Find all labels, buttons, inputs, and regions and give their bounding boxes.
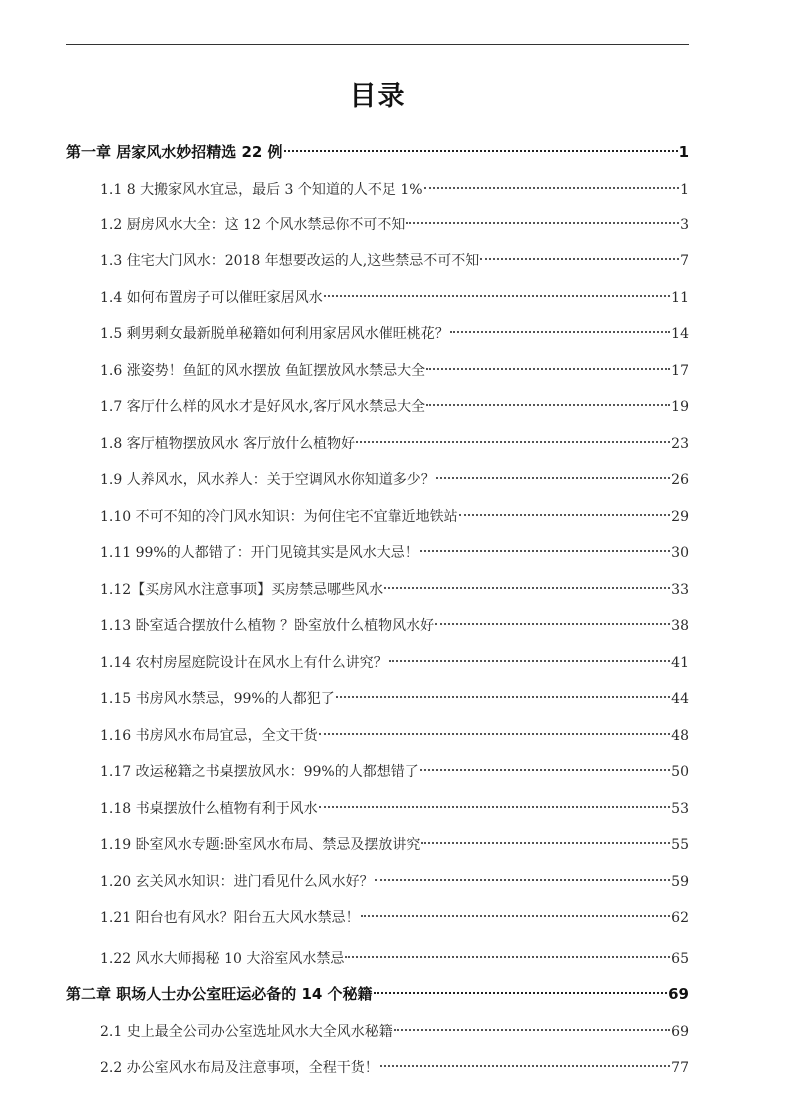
toc-entry-1-6[interactable]: 1.6 涨姿势！鱼缸的风水摆放 鱼缸摆放风水禁忌大全 17 bbox=[100, 353, 689, 375]
toc-entry-2-2[interactable]: 2.2 办公室风水布局及注意事项，全程干货！ 77 bbox=[100, 1050, 689, 1072]
dot-leader bbox=[324, 280, 670, 302]
toc-entry-chapter-2[interactable]: 第二章 职场人士办公室旺运必备的 14 个秘籍 69 bbox=[66, 977, 689, 999]
dot-leader bbox=[374, 977, 668, 999]
toc-entry-label: 1.19 卧室风水专题:卧室风水布局、禁忌及摆放讲究 bbox=[100, 834, 420, 856]
toc-entry-page: 62 bbox=[671, 907, 689, 929]
toc-entry-page: 7 bbox=[680, 250, 689, 272]
toc-entry-label: 1.20 玄关风水知识：进门看见什么风水好？ bbox=[100, 871, 374, 893]
dot-leader bbox=[380, 1050, 670, 1072]
dot-leader bbox=[420, 535, 670, 557]
toc-entry-1-4[interactable]: 1.4 如何布置房子可以催旺家居风水 11 bbox=[100, 280, 689, 302]
toc-entry-label: 1.12【买房风水注意事项】买房禁忌哪些风水 bbox=[100, 579, 383, 601]
toc-entry-1-11[interactable]: 1.11 99%的人都错了：开门见镜其实是风水大忌！ 30 bbox=[100, 535, 689, 557]
toc-entry-1-21[interactable]: 1.21 阳台也有风水？阳台五大风水禁忌！ 62 bbox=[100, 900, 689, 922]
toc-entry-page: 50 bbox=[671, 761, 689, 783]
toc-entry-1-8[interactable]: 1.8 客厅植物摆放风水 客厅放什么植物好 23 bbox=[100, 426, 689, 448]
toc-entry-label: 1.2 厨房风水大全：这 12 个风水禁忌你不可不知 bbox=[100, 214, 405, 236]
dot-leader bbox=[459, 499, 671, 521]
toc-entry-page: 19 bbox=[671, 396, 689, 418]
toc-entry-1-22[interactable]: 1.22 风水大师揭秘 10 大浴室风水禁忌 65 bbox=[100, 941, 689, 963]
toc-entry-label: 1.21 阳台也有风水？阳台五大风水禁忌！ bbox=[100, 907, 360, 929]
dot-leader bbox=[394, 1014, 670, 1036]
dot-leader bbox=[436, 462, 670, 484]
dot-leader bbox=[319, 718, 671, 740]
dot-leader bbox=[480, 243, 679, 265]
toc-entry-1-18[interactable]: 1.18 书桌摆放什么植物有利于风水 53 bbox=[100, 791, 689, 813]
toc-entry-1-7[interactable]: 1.7 客厅什么样的风水才是好风水,客厅风水禁忌大全 19 bbox=[100, 389, 689, 411]
toc-entry-page: 55 bbox=[671, 834, 689, 856]
toc-entry-1-2[interactable]: 1.2 厨房风水大全：这 12 个风水禁忌你不可不知 3 bbox=[100, 207, 689, 229]
toc-entry-1-17[interactable]: 1.17 改运秘籍之书桌摆放风水：99%的人都想错了 50 bbox=[100, 754, 689, 776]
toc-title: 目录 bbox=[0, 80, 755, 114]
toc-entry-1-15[interactable]: 1.15 书房风水禁忌，99%的人都犯了 44 bbox=[100, 681, 689, 703]
dot-leader bbox=[426, 353, 670, 375]
toc-entry-page: 1 bbox=[679, 141, 689, 163]
dot-leader bbox=[356, 426, 670, 448]
toc-entry-label: 第一章 居家风水妙招精选 22 例 bbox=[66, 141, 283, 163]
toc-entry-label: 1.17 改运秘籍之书桌摆放风水：99%的人都想错了 bbox=[100, 761, 419, 783]
toc-entry-label: 1.3 住宅大门风水：2018 年想要改运的人,这些禁忌不可不知 bbox=[100, 250, 479, 272]
toc-entry-1-10[interactable]: 1.10 不可不知的冷门风水知识：为何住宅不宜靠近地铁站 29 bbox=[100, 499, 689, 521]
dot-leader bbox=[345, 941, 670, 963]
toc-entry-page: 41 bbox=[671, 652, 689, 674]
toc-entry-label: 1.1 8 大搬家风水宜忌，最后 3 个知道的人不足 1% bbox=[100, 179, 423, 201]
toc-entry-page: 3 bbox=[680, 214, 689, 236]
toc-entry-page: 30 bbox=[671, 542, 689, 564]
dot-leader bbox=[389, 645, 671, 667]
document-page: 目录 第一章 居家风水妙招精选 22 例 1 1.1 8 大搬家风水宜忌，最后 … bbox=[0, 0, 799, 1105]
toc-entry-label: 1.9 人养风水，风水养人：关于空调风水你知道多少？ bbox=[100, 469, 435, 491]
toc-entry-1-1[interactable]: 1.1 8 大搬家风水宜忌，最后 3 个知道的人不足 1% 1 bbox=[100, 172, 689, 194]
toc-entry-1-13[interactable]: 1.13 卧室适合摆放什么植物 ？卧室放什么植物风水好 38 bbox=[100, 608, 689, 630]
toc-entry-label: 1.8 客厅植物摆放风水 客厅放什么植物好 bbox=[100, 433, 355, 455]
dot-leader bbox=[284, 135, 678, 157]
toc-entry-1-5[interactable]: 1.5 剩男剩女最新脱单秘籍如何利用家居风水催旺桃花？ 14 bbox=[100, 316, 689, 338]
toc-entry-label: 1.5 剩男剩女最新脱单秘籍如何利用家居风水催旺桃花？ bbox=[100, 323, 449, 345]
toc-entry-label: 2.1 史上最全公司办公室选址风水大全风水秘籍 bbox=[100, 1021, 393, 1043]
toc-entry-label: 1.6 涨姿势！鱼缸的风水摆放 鱼缸摆放风水禁忌大全 bbox=[100, 360, 425, 382]
toc-entry-label: 1.10 不可不知的冷门风水知识：为何住宅不宜靠近地铁站 bbox=[100, 506, 458, 528]
toc-entry-page: 23 bbox=[671, 433, 689, 455]
toc-entry-page: 26 bbox=[671, 469, 689, 491]
toc-entry-page: 59 bbox=[671, 871, 689, 893]
toc-entry-1-16[interactable]: 1.16 书房风水布局宜忌，全文干货 48 bbox=[100, 718, 689, 740]
toc-entry-page: 38 bbox=[671, 615, 689, 637]
toc-entry-page: 69 bbox=[671, 1021, 689, 1043]
dot-leader bbox=[421, 827, 670, 849]
dot-leader bbox=[319, 791, 671, 813]
toc-entry-1-12[interactable]: 1.12【买房风水注意事项】买房禁忌哪些风水 33 bbox=[100, 572, 689, 594]
toc-entry-page: 14 bbox=[671, 323, 689, 345]
toc-entry-label: 2.2 办公室风水布局及注意事项，全程干货！ bbox=[100, 1057, 379, 1079]
toc-entry-label: 1.16 书房风水布局宜忌，全文干货 bbox=[100, 725, 318, 747]
dot-leader bbox=[426, 389, 670, 411]
dot-leader bbox=[420, 754, 670, 776]
dot-leader bbox=[435, 608, 670, 630]
toc-entry-page: 1 bbox=[680, 179, 689, 201]
toc-entry-page: 11 bbox=[671, 287, 689, 309]
toc-entry-1-20[interactable]: 1.20 玄关风水知识：进门看见什么风水好？ 59 bbox=[100, 864, 689, 886]
toc-entry-2-1[interactable]: 2.1 史上最全公司办公室选址风水大全风水秘籍 69 bbox=[100, 1014, 689, 1036]
toc-entry-page: 33 bbox=[671, 579, 689, 601]
header-rule bbox=[66, 44, 689, 45]
toc-entry-page: 65 bbox=[671, 948, 689, 970]
toc-entry-page: 53 bbox=[671, 798, 689, 820]
toc-entry-1-14[interactable]: 1.14 农村房屋庭院设计在风水上有什么讲究？ 41 bbox=[100, 645, 689, 667]
toc-entry-label: 1.7 客厅什么样的风水才是好风水,客厅风水禁忌大全 bbox=[100, 396, 425, 418]
dot-leader bbox=[361, 900, 671, 922]
toc-entry-chapter-1[interactable]: 第一章 居家风水妙招精选 22 例 1 bbox=[66, 135, 689, 157]
toc-entry-page: 48 bbox=[671, 725, 689, 747]
dot-leader bbox=[424, 172, 680, 194]
toc-entry-label: 1.4 如何布置房子可以催旺家居风水 bbox=[100, 287, 323, 309]
toc-entry-page: 17 bbox=[671, 360, 689, 382]
toc-entry-label: 1.13 卧室适合摆放什么植物 ？卧室放什么植物风水好 bbox=[100, 615, 434, 637]
toc-entry-1-3[interactable]: 1.3 住宅大门风水：2018 年想要改运的人,这些禁忌不可不知 7 bbox=[100, 243, 689, 265]
toc-entry-page: 44 bbox=[671, 688, 689, 710]
dot-leader bbox=[450, 316, 670, 338]
dot-leader bbox=[406, 207, 679, 229]
dot-leader bbox=[384, 572, 670, 594]
toc-entry-1-19[interactable]: 1.19 卧室风水专题:卧室风水布局、禁忌及摆放讲究 55 bbox=[100, 827, 689, 849]
dot-leader bbox=[336, 681, 670, 703]
toc-entry-page: 77 bbox=[671, 1057, 689, 1079]
toc-entry-1-9[interactable]: 1.9 人养风水，风水养人：关于空调风水你知道多少？ 26 bbox=[100, 462, 689, 484]
dot-leader bbox=[375, 864, 671, 886]
toc-entry-page: 69 bbox=[668, 983, 689, 1005]
toc-entry-label: 1.15 书房风水禁忌，99%的人都犯了 bbox=[100, 688, 335, 710]
toc-entry-label: 1.14 农村房屋庭院设计在风水上有什么讲究？ bbox=[100, 652, 388, 674]
toc-entry-page: 29 bbox=[671, 506, 689, 528]
toc-entry-label: 1.22 风水大师揭秘 10 大浴室风水禁忌 bbox=[100, 948, 344, 970]
toc-entry-label: 第二章 职场人士办公室旺运必备的 14 个秘籍 bbox=[66, 983, 373, 1005]
toc-entry-label: 1.11 99%的人都错了：开门见镜其实是风水大忌！ bbox=[100, 542, 419, 564]
toc-entry-label: 1.18 书桌摆放什么植物有利于风水 bbox=[100, 798, 318, 820]
